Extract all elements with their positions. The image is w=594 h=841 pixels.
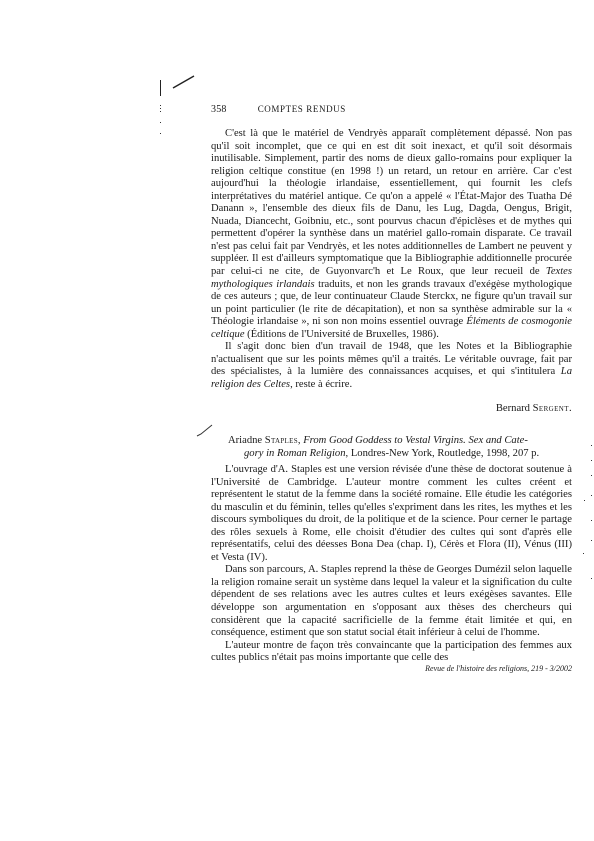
margin-mark-line <box>160 80 161 96</box>
margin-dot <box>160 133 161 134</box>
review-2-paragraph: Dans son parcours, A. Staples reprend la… <box>211 564 572 639</box>
margin-dot <box>591 540 592 541</box>
page-number: 358 <box>211 104 255 115</box>
check-mark <box>196 424 214 438</box>
margin-dot <box>160 122 161 123</box>
page-header: 358 COMPTES RENDUS <box>211 104 346 115</box>
document-page: 358 COMPTES RENDUS C'est là que le matér… <box>0 0 594 841</box>
margin-dot <box>591 495 592 496</box>
review-2-paragraph: L'auteur montre de façon très convaincan… <box>211 640 572 665</box>
margin-dot <box>160 105 161 106</box>
margin-dot <box>160 111 161 112</box>
reference-line-2: gory in Roman Religion, Londres-New York… <box>228 448 572 461</box>
margin-dot <box>160 108 161 109</box>
review-2-body: L'ouvrage d'A. Staples est une version r… <box>211 464 572 665</box>
running-head: COMPTES RENDUS <box>258 104 346 114</box>
margin-dot <box>591 475 592 476</box>
margin-dot <box>583 553 584 554</box>
review-2-reference: Ariadne Staples, From Good Goddess to Ve… <box>228 435 572 460</box>
margin-dot <box>584 500 585 501</box>
margin-dot <box>591 520 592 521</box>
reference-line-1: Ariadne Staples, From Good Goddess to Ve… <box>228 435 572 448</box>
review-2-paragraph: L'ouvrage d'A. Staples est une version r… <box>211 464 572 564</box>
margin-dot <box>591 445 592 446</box>
review-1-signature: Bernard Sergent. <box>211 403 572 414</box>
review-1-paragraph: C'est là que le matériel de Vendryès app… <box>211 128 572 341</box>
review-1-paragraph: Il s'agit donc bien d'un travail de 1948… <box>211 341 572 391</box>
margin-dot <box>591 578 592 579</box>
margin-dot <box>591 460 592 461</box>
pen-stroke-mark <box>172 74 196 90</box>
review-1-body: C'est là que le matériel de Vendryès app… <box>211 128 572 391</box>
journal-footer: Revue de l'histoire des religions, 219 -… <box>211 664 572 673</box>
